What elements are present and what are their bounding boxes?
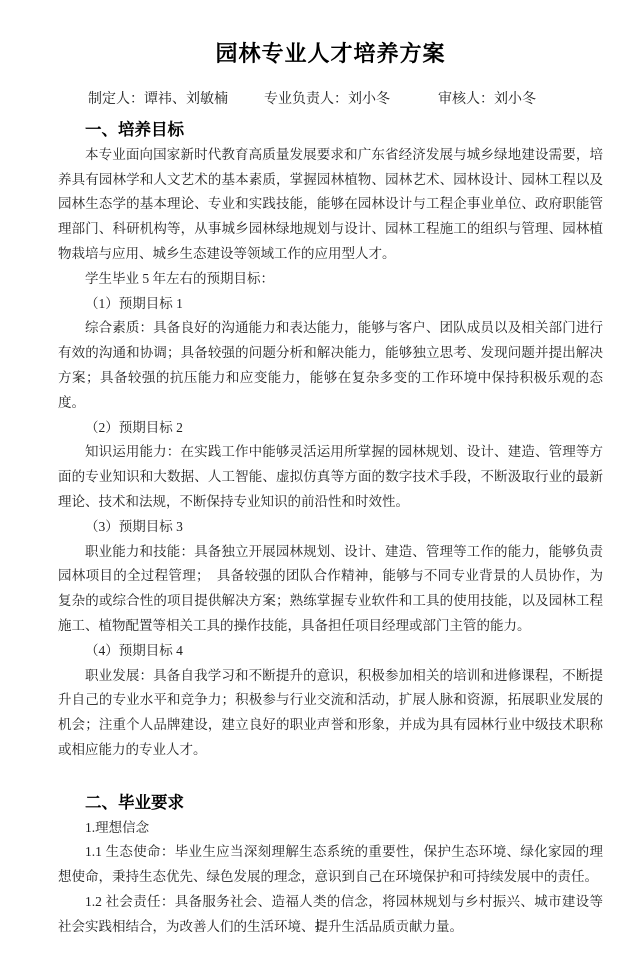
document-content: 园林专业人才培养方案 制定人：谭祎、刘敏楠 专业负责人：刘小冬 审核人：刘小冬 … — [0, 0, 636, 940]
meta-makers: 制定人：谭祎、刘敏楠 — [88, 90, 228, 110]
meta-reviewer: 审核人：刘小冬 — [438, 90, 536, 110]
paragraph-goal-2-body: 知识运用能力：在实践工作中能够灵活运用所掌握的园林规划、设计、建造、管理等方面的… — [58, 440, 603, 514]
meta-program-lead: 专业负责人：刘小冬 — [264, 90, 390, 110]
paragraph-goal-2-label: （2）预期目标 2 — [58, 416, 603, 441]
paragraph-goal-1-body: 综合素质：具备良好的沟通能力和表达能力，能够与客户、团队成员以及相关部门进行有效… — [58, 316, 603, 415]
document-title: 园林专业人才培养方案 — [58, 0, 603, 68]
paragraph-goal-1-label: （1）预期目标 1 — [58, 292, 603, 317]
paragraph-goal-4-label: （4）预期目标 4 — [58, 639, 603, 664]
document-page: 园林专业人才培养方案 制定人：谭祎、刘敏楠 专业负责人：刘小冬 审核人：刘小冬 … — [0, 0, 636, 959]
paragraph-goal-3-body: 职业能力和技能：具备独立开展园林规划、设计、建造、管理等工作的能力，能够负责园林… — [58, 540, 603, 639]
paragraph-expected-goals-intro: 学生毕业 5 年左右的预期目标： — [58, 267, 603, 292]
section-heading-training-objectives: 一、培养目标 — [58, 118, 603, 143]
paragraph-program-overview: 本专业面向国家新时代教育高质量发展要求和广东省经济发展与城乡绿地建设需要，培养具… — [58, 143, 603, 267]
section-heading-graduation-requirements: 二、毕业要求 — [58, 791, 603, 816]
paragraph-goal-3-label: （3）预期目标 3 — [58, 515, 603, 540]
document-meta-line: 制定人：谭祎、刘敏楠 专业负责人：刘小冬 审核人：刘小冬 — [88, 90, 603, 110]
paragraph-eco-mission: 1.1 生态使命：毕业生应当深刻理解生态系统的重要性，保护生态环境、绿化家园的理… — [58, 840, 603, 890]
paragraph-goal-4-body: 职业发展：具备自我学习和不断提升的意识，积极参加相关的培训和进修课程，不断提升自… — [58, 664, 603, 763]
page-number: 1 — [0, 918, 636, 934]
paragraph-ideals-label: 1.理想信念 — [58, 816, 603, 841]
